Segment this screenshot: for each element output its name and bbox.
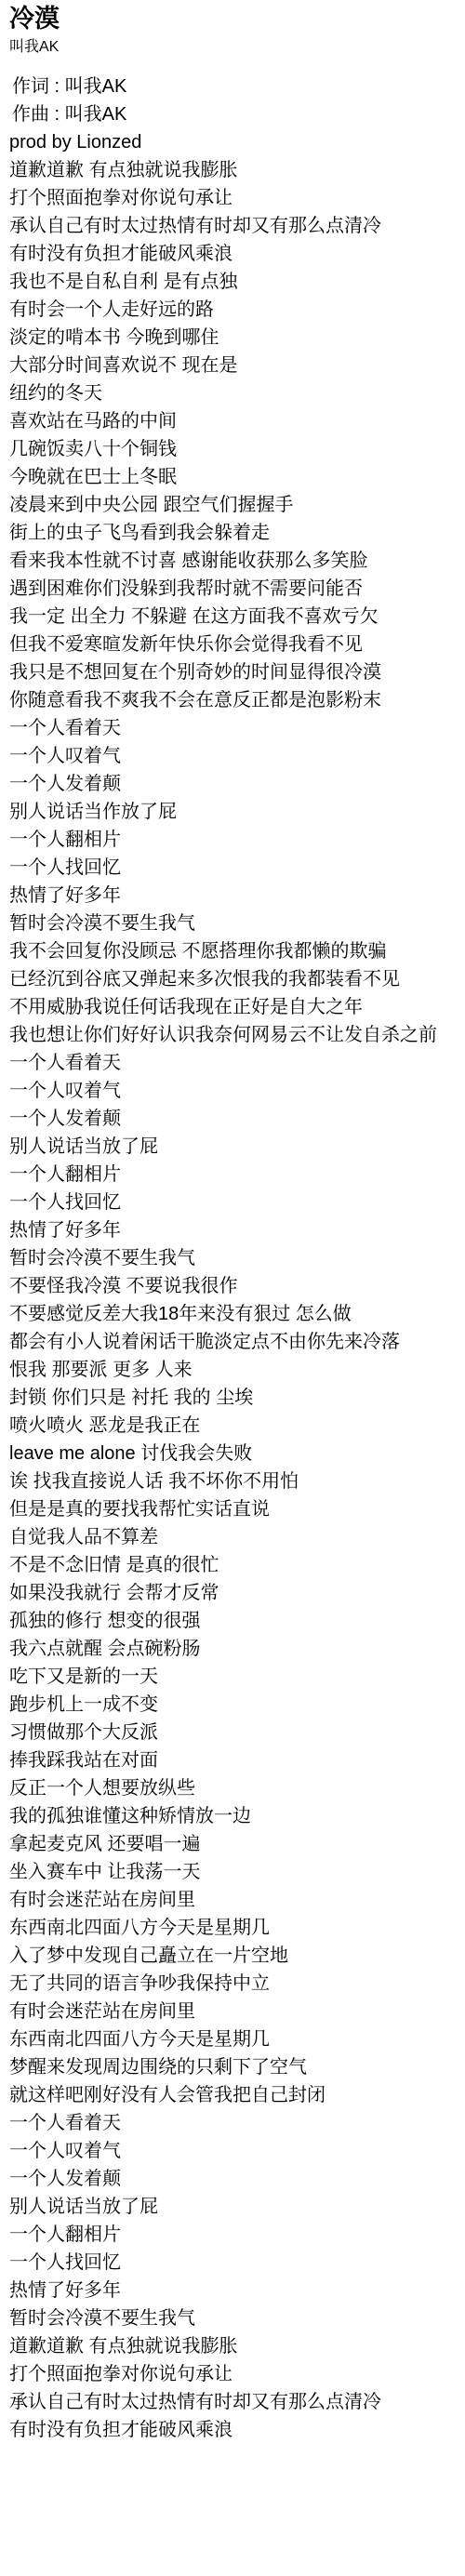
lyric-line: 反正一个人想要放纵些 [9,1774,465,1802]
lyric-line: 孤独的修行 想变的很强 [9,1607,465,1635]
lyric-line: 诶 找我直接说人话 我不坏你不用怕 [9,1467,465,1495]
lyric-line: 暂时会冷漠不要生我气 [9,1244,465,1272]
lyric-line: 但是是真的要找我帮忙实话直说 [9,1495,465,1523]
lyric-line: 凌晨来到中央公园 跟空气们握握手 [9,491,465,519]
producer-credit: prod by Lionzed [9,128,465,156]
lyric-line: 不要感觉反差大我18年来没有狠过 怎么做 [9,1300,465,1328]
lyric-line: 热情了好多年 [9,1216,465,1244]
lyric-line: 几碗饭卖八十个铜钱 [9,435,465,463]
lyric-line: 不要怪我冷漠 不要说我很作 [9,1272,465,1300]
lyric-line: 遇到困难你们没躲到我帮时就不需要问能否 [9,575,465,603]
lyric-line: 东西南北四面八方今天是星期几 [9,1914,465,1942]
lyric-line: 有时会迷茫站在房间里 [9,1998,465,2025]
lyric-line: 捧我踩我站在对面 [9,1746,465,1774]
lyric-line: 有时没有负担才能破风乘浪 [9,2416,465,2444]
lyric-line: 入了梦中发现自己矗立在一片空地 [9,1942,465,1970]
lyric-line: 我不会回复你没顾忌 不愿搭理你我都懒的欺骗 [9,937,465,965]
lyric-line: 一个人发着颠 [9,770,465,798]
lyric-line: 热情了好多年 [9,882,465,910]
lyric-line: 我六点就醒 会点碗粉肠 [9,1635,465,1663]
lyric-line: 无了共同的语言争吵我保持中立 [9,1970,465,1998]
lyric-line: leave me alone 讨伐我会失败 [9,1440,465,1467]
lyric-line: 我一定 出全力 不躲避 在这方面我不喜欢亏欠 [9,603,465,631]
lyric-line: 我也不是自私自利 是有点独 [9,268,465,296]
lyric-line: 都会有小人说着闲话干脆淡定点不由你先来冷落 [9,1328,465,1356]
lyric-line: 一个人叹着气 [9,742,465,770]
lyric-line: 但我不爱寒暄发新年快乐你会觉得我看不见 [9,631,465,658]
lyrics-block: 作词 : 叫我AK 作曲 : 叫我AK prod by Lionzed 道歉道歉… [9,73,465,2444]
lyric-line: 道歉道歉 有点独就说我膨胀 [9,2332,465,2360]
lyric-line: 一个人叹着气 [9,1077,465,1105]
composer-credit: 作曲 : 叫我AK [9,100,465,128]
lyrics-page: 冷漠 叫我AK 作词 : 叫我AK 作曲 : 叫我AK prod by Lion… [0,0,465,2444]
lyric-line: 别人说话当放了屁 [9,2193,465,2221]
lyric-line: 暂时会冷漠不要生我气 [9,910,465,937]
lyric-line: 如果没我就行 会帮才反常 [9,1579,465,1607]
lyric-line: 别人说话当作放了屁 [9,798,465,826]
lyric-line: 喷火喷火 恶龙是我正在 [9,1412,465,1440]
lyric-line: 跑步机上一成不变 [9,1691,465,1719]
lyric-line: 看来我本性就不讨喜 感谢能收获那么多笑脸 [9,547,465,575]
lyric-line: 一个人发着颠 [9,1105,465,1133]
lyric-line: 坐入赛车中 让我荡一天 [9,1858,465,1886]
lyric-line: 打个照面抱拳对你说句承让 [9,2360,465,2388]
lyric-line: 道歉道歉 有点独就说我膨胀 [9,156,465,184]
lyric-line: 已经沉到谷底又弹起来多次恨我的我都装看不见 [9,965,465,993]
lyric-line: 一个人发着颠 [9,2165,465,2193]
lyric-line: 一个人找回忆 [9,854,465,882]
lyric-line: 我也想让你们好好认识我奈何网易云不让发自杀之前 [9,1021,465,1049]
lyric-line: 打个照面抱拳对你说句承让 [9,184,465,212]
lyric-line: 就这样吧刚好没有人会管我把自己封闭 [9,2081,465,2109]
lyric-line: 恨我 那要派 更多 人来 [9,1356,465,1384]
lyric-line: 一个人翻相片 [9,1161,465,1188]
lyricist-credit: 作词 : 叫我AK [9,73,465,100]
lyric-line: 街上的虫子飞鸟看到我会躲着走 [9,519,465,547]
lyric-line: 一个人看着天 [9,714,465,742]
lyric-line: 热情了好多年 [9,2277,465,2304]
lyric-line: 今晚就在巴士上冬眠 [9,463,465,491]
lyric-line: 不用威胁我说任何话我现在正好是自大之年 [9,993,465,1021]
lyric-line: 我的孤独谁懂这种矫情放一边 [9,1802,465,1830]
lyric-line: 你随意看我不爽我不会在意反正都是泡影粉末 [9,686,465,714]
lyric-line: 梦醒来发现周边围绕的只剩下了空气 [9,2053,465,2081]
artist-name: 叫我AK [9,38,465,57]
lyric-line: 一个人找回忆 [9,1188,465,1216]
lyric-line: 我只是不想回复在个别奇妙的时间显得很冷漠 [9,658,465,686]
lyric-line: 承认自己有时太过热情有时却又有那么点清冷 [9,212,465,240]
lyric-line: 不是不念旧情 是真的很忙 [9,1551,465,1579]
lyric-line: 一个人看着天 [9,1049,465,1077]
lyric-line: 喜欢站在马路的中间 [9,407,465,435]
lyric-line: 封锁 你们只是 衬托 我的 尘埃 [9,1384,465,1412]
lyric-line: 有时会迷茫站在房间里 [9,1886,465,1914]
lyric-line: 有时会一个人走好远的路 [9,296,465,324]
lyric-line: 习惯做那个大反派 [9,1719,465,1746]
lyrics-lines: 道歉道歉 有点独就说我膨胀打个照面抱拳对你说句承让承认自己有时太过热情有时却又有… [9,156,465,2444]
lyric-line: 纽约的冬天 [9,379,465,407]
lyric-line: 承认自己有时太过热情有时却又有那么点清冷 [9,2388,465,2416]
lyric-line: 大部分时间喜欢说不 现在是 [9,352,465,379]
lyric-line: 一个人翻相片 [9,826,465,854]
lyric-line: 别人说话当放了屁 [9,1133,465,1161]
lyric-line: 一个人找回忆 [9,2249,465,2277]
lyric-line: 一个人看着天 [9,2109,465,2137]
lyric-line: 淡定的啃本书 今晚到哪住 [9,324,465,352]
lyric-line: 东西南北四面八方今天是星期几 [9,2025,465,2053]
lyric-line: 一个人翻相片 [9,2221,465,2249]
lyric-line: 一个人叹着气 [9,2137,465,2165]
song-title: 冷漠 [9,4,465,33]
lyric-line: 有时没有负担才能破风乘浪 [9,240,465,268]
lyric-line: 拿起麦克风 还要唱一遍 [9,1830,465,1858]
lyric-line: 吃下又是新的一天 [9,1663,465,1691]
lyric-line: 自觉我人品不算差 [9,1523,465,1551]
lyric-line: 暂时会冷漠不要生我气 [9,2304,465,2332]
